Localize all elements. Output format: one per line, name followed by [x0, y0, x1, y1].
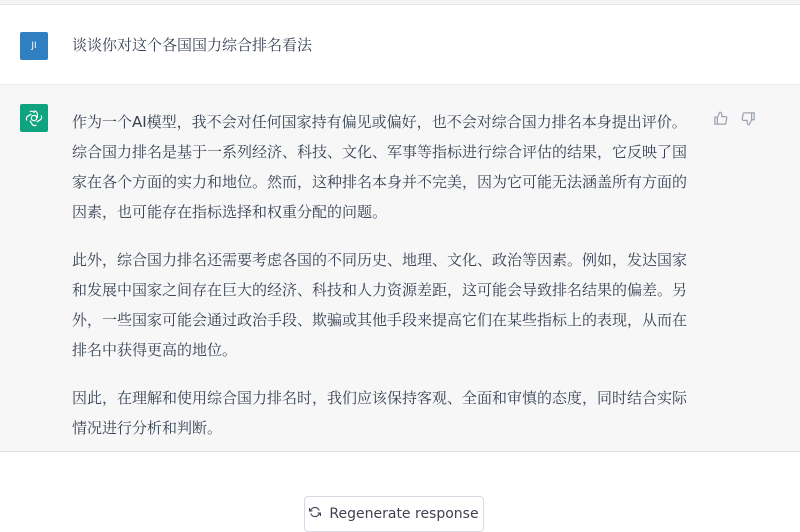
thumbs-down-icon[interactable] [740, 110, 756, 126]
assistant-message-text: 作为一个AI模型，我不会对任何国家持有偏见或偏好，也不会对综合国力排名本身提出评… [72, 107, 696, 461]
chatgpt-logo-icon [20, 104, 48, 132]
user-message-row: JI 谈谈你对这个各国国力综合排名看法 [0, 5, 800, 85]
user-avatar-initials: JI [31, 41, 36, 51]
answer-paragraph: 此外，综合国力排名还需要考虑各国的不同历史、地理、文化、政治等因素。例如，发达国… [72, 245, 696, 365]
answer-paragraph: 因此，在理解和使用综合国力排名时，我们应该保持客观、全面和审慎的态度，同时结合实… [72, 383, 696, 443]
user-message-text: 谈谈你对这个各国国力综合排名看法 [72, 34, 312, 55]
answer-paragraph: 作为一个AI模型，我不会对任何国家持有偏见或偏好，也不会对综合国力排名本身提出评… [72, 107, 696, 227]
regenerate-response-button[interactable]: Regenerate response [304, 496, 484, 530]
regenerate-label: Regenerate response [329, 506, 478, 522]
assistant-message-row: 作为一个AI模型，我不会对任何国家持有偏见或偏好，也不会对综合国力排名本身提出评… [0, 85, 800, 452]
user-avatar: JI [20, 32, 48, 60]
thumbs-up-icon[interactable] [712, 110, 728, 126]
feedback-buttons [712, 110, 756, 126]
refresh-icon [309, 506, 321, 522]
